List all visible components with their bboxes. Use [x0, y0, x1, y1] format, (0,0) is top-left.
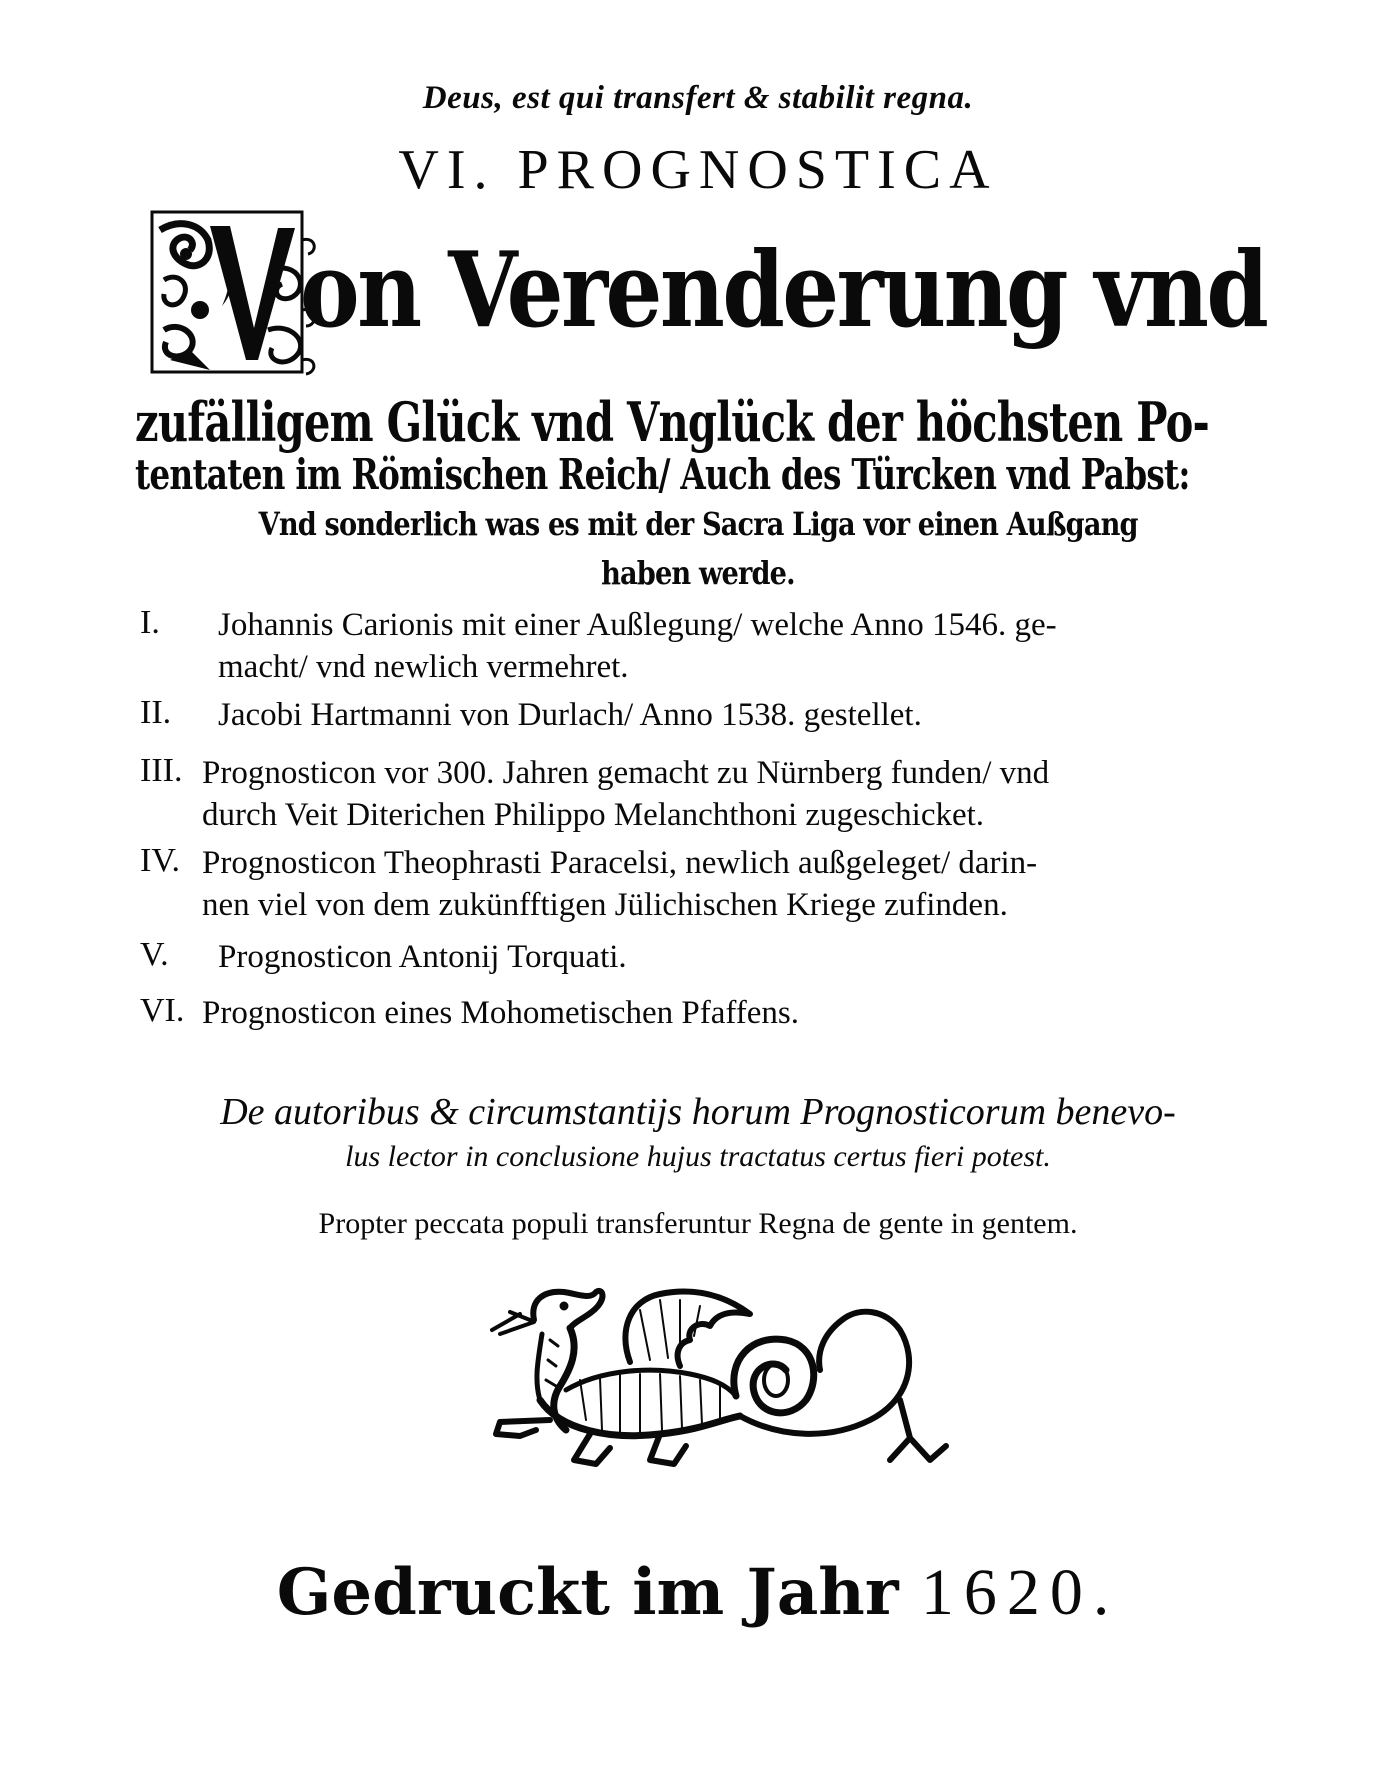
- contents-item: V. Prognosticon Antonij Torquati.: [140, 936, 1300, 992]
- contents-item: I. Johannis Carionis mit einer Außlegung…: [140, 604, 1300, 688]
- title-line-3: tentaten im Römischen Reich/ Auch des Tü…: [135, 450, 1190, 499]
- contents-item-text: Prognosticon eines Mohometischen Pfaffen…: [202, 992, 1300, 1034]
- contents-item-line2: durch Veit Diterichen Philippo Melanchth…: [202, 794, 1300, 836]
- contents-item-line1: Prognosticon eines Mohometischen Pfaffen…: [202, 995, 799, 1031]
- contents-item-line1: Jacobi Hartmanni von Durlach/ Anno 1538.…: [218, 697, 922, 733]
- title-main-text: on Verenderung vnd: [300, 238, 1266, 342]
- title-page: Deus, est qui transfert & stabilit regna…: [0, 0, 1396, 1772]
- contents-item-number: IV.: [140, 842, 180, 880]
- dragon-woodcut-icon: [490, 1270, 970, 1480]
- title-line-2: zufälligem Glück vnd Vnglück der höchste…: [135, 390, 1209, 454]
- contents-item-text: Johannis Carionis mit einer Außlegung/ w…: [218, 604, 1300, 688]
- contents-item-number: II.: [140, 694, 171, 732]
- contents-item: IV. Prognosticon Theophrasti Paracelsi, …: [140, 842, 1300, 926]
- contents-item-line1: Prognosticon Antonij Torquati.: [218, 939, 627, 975]
- imprint-year: 1620.: [921, 1556, 1120, 1629]
- contents-item-text: Prognosticon Theophrasti Paracelsi, newl…: [202, 842, 1300, 926]
- title-line-4: Vnd sonderlich was es mit der Sacra Liga…: [0, 505, 1396, 543]
- imprint-text: Gedruckt im Jahr: [277, 1555, 899, 1630]
- title-line-5: haben werde.: [0, 554, 1396, 592]
- contents-item-line1: Johannis Carionis mit einer Außlegung/ w…: [218, 607, 1057, 643]
- headline: VI. PROGNOSTICA: [0, 138, 1396, 202]
- contents-item-text: Prognosticon vor 300. Jahren gemacht zu …: [202, 752, 1300, 836]
- contents-item-number: V.: [140, 936, 169, 974]
- contents-item-number: VI.: [140, 992, 184, 1030]
- title-line-5-text: haben werde.: [601, 554, 795, 592]
- ornamental-initial-v-icon: [150, 210, 320, 380]
- contents-item-line2: nen viel von dem zukünfftigen Jülichisch…: [202, 884, 1300, 926]
- latin-note-line-1: De autoribus & circumstantijs horum Prog…: [0, 1090, 1396, 1134]
- latin-note-line-2: lus lector in conclusione hujus tractatu…: [0, 1140, 1396, 1174]
- imprint: Gedruckt im Jahr 1620.: [0, 1555, 1396, 1631]
- contents-item-number: III.: [140, 752, 182, 790]
- contents-item: II. Jacobi Hartmanni von Durlach/ Anno 1…: [140, 694, 1300, 752]
- contents-item: III. Prognosticon vor 300. Jahren gemach…: [140, 752, 1300, 836]
- title-main-row: on Verenderung vnd: [150, 210, 1280, 380]
- contents-item: VI. Prognosticon eines Mohometischen Pfa…: [140, 992, 1300, 1042]
- motto: Deus, est qui transfert & stabilit regna…: [0, 80, 1396, 117]
- contents-item-text: Prognosticon Antonij Torquati.: [218, 936, 1300, 978]
- title-line-4-text: Vnd sonderlich was es mit der Sacra Liga…: [258, 505, 1137, 543]
- proverb: Propter peccata populi transferuntur Reg…: [0, 1207, 1396, 1241]
- contents-item-line1: Prognosticon vor 300. Jahren gemacht zu …: [202, 755, 1049, 791]
- contents-item-line2: macht/ vnd newlich vermehret.: [218, 646, 1300, 688]
- contents-item-text: Jacobi Hartmanni von Durlach/ Anno 1538.…: [218, 694, 1300, 736]
- contents-item-number: I.: [140, 604, 160, 642]
- contents-list: I. Johannis Carionis mit einer Außlegung…: [140, 604, 1300, 1042]
- contents-item-line1: Prognosticon Theophrasti Paracelsi, newl…: [202, 845, 1037, 881]
